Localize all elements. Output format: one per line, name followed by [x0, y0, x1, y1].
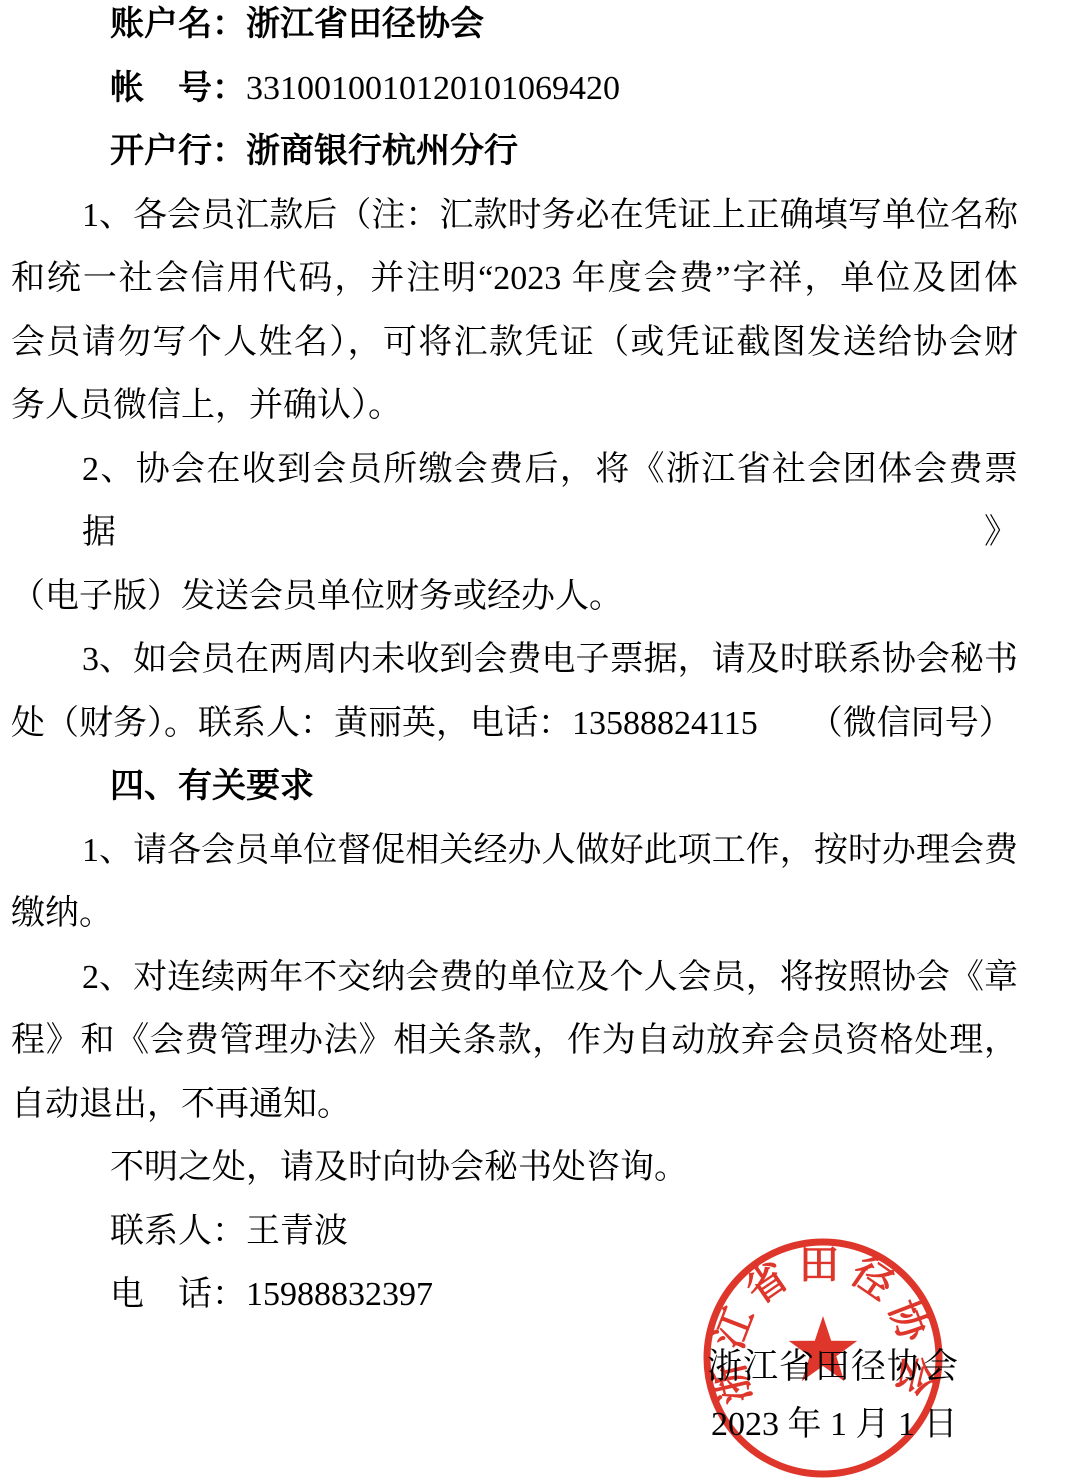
text-line: 自动退出，不再通知。	[11, 1073, 1018, 1137]
text-segment: 不明之处，请及时向协会秘书处咨询。	[110, 1149, 688, 1186]
text-line: 务人员微信上，并确认）。	[11, 374, 1018, 438]
text-line: 2、对连续两年不交纳会费的单位及个人会员，将按照协会《章	[11, 946, 1018, 1010]
text-segment: 电 话：15988832397	[110, 1276, 433, 1313]
text-line: 2、协会在收到会员所缴会费后，将《浙江省社会团体会费票据》	[11, 438, 1018, 565]
text-segment: 处（财务）。联系人：黄丽英，电话：13588824115 （微信同号）	[11, 705, 1013, 742]
official-seal: 浙江省田径协会	[703, 1238, 943, 1478]
text-line: 3、如会员在两周内未收到会费电子票据，请及时联系协会秘书	[11, 628, 1018, 692]
text-segment: 1、各会员汇款后（注：汇款时务必在凭证上正确填写单位名称	[82, 197, 1018, 234]
text-segment: 联系人：王青波	[110, 1213, 348, 1250]
text-line: 和统一社会信用代码，并注明“2023 年度会费”字祥，单位及团体	[11, 247, 1018, 311]
document-page: 账户名：浙江省田径协会帐 号：3310010010120101069420开户行…	[0, 0, 1077, 1478]
text-segment: 程》和《会费管理办法》相关条款，作为自动放弃会员资格处理，	[11, 1022, 1018, 1059]
text-segment: （电子版）发送会员单位财务或经办人。	[11, 578, 623, 615]
text-line: 程》和《会费管理办法》相关条款，作为自动放弃会员资格处理，	[11, 1009, 1018, 1073]
text-line: 账户名：浙江省田径协会	[11, 0, 1018, 57]
text-line: 会员请勿写个人姓名），可将汇款凭证（或凭证截图发送给协会财	[11, 311, 1018, 375]
text-segment: 3310010010120101069420	[246, 70, 620, 107]
document-text: 账户名：浙江省田径协会帐 号：3310010010120101069420开户行…	[11, 0, 1018, 1327]
text-line: 四、有关要求	[11, 755, 1018, 819]
text-line: 开户行：浙商银行杭州分行	[11, 120, 1018, 184]
text-line: （电子版）发送会员单位财务或经办人。	[11, 565, 1018, 629]
text-line: 1、各会员汇款后（注：汇款时务必在凭证上正确填写单位名称	[11, 184, 1018, 248]
text-segment: 会员请勿写个人姓名），可将汇款凭证（或凭证截图发送给协会财	[11, 324, 1018, 361]
text-segment: 和统一社会信用代码，并注明“2023 年度会费”字祥，单位及团体	[11, 260, 1018, 297]
text-line: 处（财务）。联系人：黄丽英，电话：13588824115 （微信同号）	[11, 692, 1018, 756]
text-segment: 自动退出，不再通知。	[11, 1086, 351, 1123]
text-segment: 账户名：浙江省田径协会	[110, 5, 484, 43]
text-segment: 3、如会员在两周内未收到会费电子票据，请及时联系协会秘书	[82, 641, 1018, 678]
text-segment: 务人员微信上，并确认）。	[11, 387, 402, 424]
seal-star	[789, 1316, 857, 1381]
text-line: 1、请各会员单位督促相关经办人做好此项工作，按时办理会费	[11, 819, 1018, 883]
text-segment: 开户行：浙商银行杭州分行	[110, 132, 518, 170]
text-segment: 帐 号：	[110, 69, 246, 107]
text-line: 不明之处，请及时向协会秘书处咨询。	[11, 1136, 1018, 1200]
text-line: 缴纳。	[11, 882, 1018, 946]
text-segment: 1、请各会员单位督促相关经办人做好此项工作，按时办理会费	[82, 832, 1018, 869]
text-segment: 四、有关要求	[110, 767, 314, 805]
text-segment: 缴纳。	[11, 895, 113, 932]
text-segment: 2、对连续两年不交纳会费的单位及个人会员，将按照协会《章	[82, 959, 1018, 996]
text-line: 帐 号：3310010010120101069420	[11, 57, 1018, 121]
text-segment: 2、协会在收到会员所缴会费后，将《浙江省社会团体会费票据》	[82, 451, 1018, 552]
